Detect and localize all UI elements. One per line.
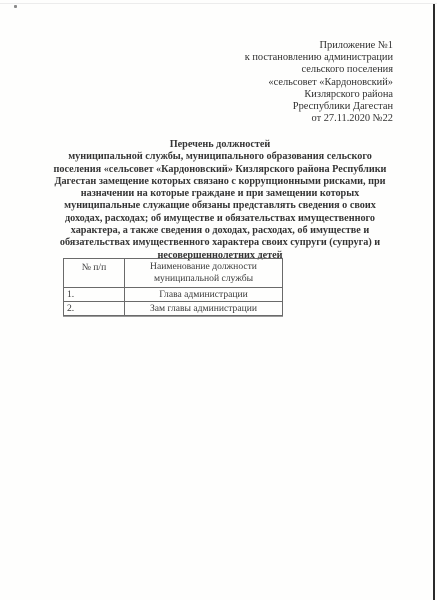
table-header-row: № п/п Наименование должности муниципальн… [64, 259, 283, 288]
appendix-line: к постановлению администрации [200, 52, 393, 64]
scan-speck [14, 5, 17, 8]
header-position-line: муниципальной службы [128, 273, 279, 285]
title-line: Дагестан замещение которых связано с кор… [52, 176, 388, 188]
appendix-line: Рреспублики Дагестан [200, 101, 393, 113]
scan-right-edge [433, 4, 435, 600]
appendix-line: Кизлярского района [200, 89, 393, 101]
table-row: 1. Глава администрации [64, 288, 283, 302]
document-title: Перечень должностей муниципальной службы… [52, 139, 388, 262]
title-line: поселения «сельсовет «Кардоновский» Кизл… [52, 164, 388, 176]
header-number: № п/п [64, 259, 125, 288]
row-position: Глава администрации [125, 288, 283, 302]
appendix-header: Приложение №1 к постановлению администра… [200, 40, 393, 125]
title-line: характера, а также сведения о доходах, р… [52, 225, 388, 237]
header-position-line: Наименование должности [128, 261, 279, 273]
header-position: Наименование должности муниципальной слу… [125, 259, 283, 288]
appendix-line: сельского поселения [200, 64, 393, 76]
title-line: доходах, расходах; об имуществе и обязат… [52, 213, 388, 225]
row-position: Зам главы администрации [125, 302, 283, 316]
appendix-line: «сельсовет «Кардоновский» [200, 77, 393, 89]
title-line: муниципальные служащие обязаны представл… [52, 200, 388, 212]
title-line: назначении на которые граждане и при зам… [52, 188, 388, 200]
row-number: 2. [64, 302, 125, 316]
appendix-line: Приложение №1 [200, 40, 393, 52]
title-line: Перечень должностей [52, 139, 388, 151]
table-row: 2. Зам главы администрации [64, 302, 283, 316]
positions-table: № п/п Наименование должности муниципальн… [63, 258, 283, 316]
title-line: обязательствах имущественного характера … [52, 237, 388, 249]
scanned-page: Приложение №1 к постановлению администра… [0, 0, 437, 600]
scan-top-edge [0, 3, 437, 4]
appendix-date-number: от 27.11.2020 №22 [200, 113, 393, 125]
row-number: 1. [64, 288, 125, 302]
title-line: муниципальной службы, муниципального обр… [52, 151, 388, 163]
